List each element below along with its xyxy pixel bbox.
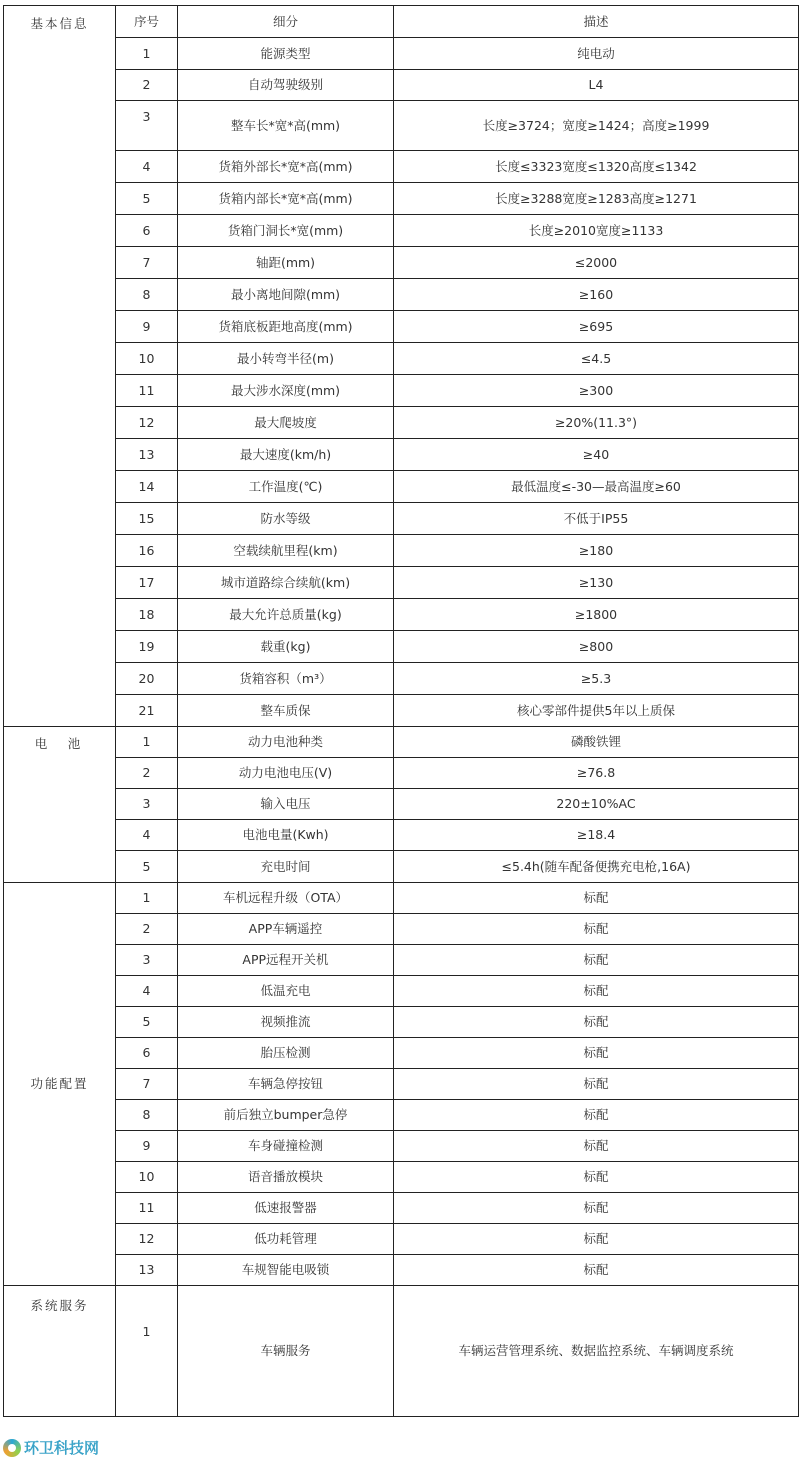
row-item: 整车质保 <box>178 695 394 727</box>
table-row: 3 输入电压 220±10%AC <box>4 789 799 820</box>
row-description: 长度≤3323宽度≤1320高度≤1342 <box>394 151 799 183</box>
row-description: ≥695 <box>394 311 799 343</box>
row-description: 车辆运营管理系统、数据监控系统、车辆调度系统 <box>394 1286 799 1417</box>
row-index: 13 <box>116 1255 178 1286</box>
table-row: 电 池 1 动力电池种类 磷酸铁锂 <box>4 727 799 758</box>
row-description: 标配 <box>394 1162 799 1193</box>
table-row: 20 货箱容积（m³） ≥5.3 <box>4 663 799 695</box>
row-description: ≥5.3 <box>394 663 799 695</box>
row-item: 低温充电 <box>178 976 394 1007</box>
row-item: 最小转弯半径(m) <box>178 343 394 375</box>
row-description: 长度≥3724；宽度≥1424；高度≥1999 <box>394 101 799 151</box>
row-index: 18 <box>116 599 178 631</box>
row-item: 车机远程升级（OTA） <box>178 883 394 914</box>
row-item: 最大爬坡度 <box>178 407 394 439</box>
row-item: 语音播放模块 <box>178 1162 394 1193</box>
row-index: 19 <box>116 631 178 663</box>
row-index: 14 <box>116 471 178 503</box>
row-description: 标配 <box>394 1100 799 1131</box>
row-item: 货箱底板距地高度(mm) <box>178 311 394 343</box>
table-row: 14 工作温度(℃) 最低温度≤-30—最高温度≥60 <box>4 471 799 503</box>
row-index: 17 <box>116 567 178 599</box>
row-index: 3 <box>116 789 178 820</box>
row-item: 载重(kg) <box>178 631 394 663</box>
row-description: ≥800 <box>394 631 799 663</box>
row-item: 自动驾驶级别 <box>178 70 394 101</box>
table-row: 12 低功耗管理 标配 <box>4 1224 799 1255</box>
row-index: 7 <box>116 1069 178 1100</box>
droplet-logo-icon <box>3 1439 21 1457</box>
table-row: 13 最大速度(km/h) ≥40 <box>4 439 799 471</box>
table-row: 10 语音播放模块 标配 <box>4 1162 799 1193</box>
row-item: 低功耗管理 <box>178 1224 394 1255</box>
row-description: 标配 <box>394 1131 799 1162</box>
header-index: 序号 <box>116 6 178 38</box>
row-description: 标配 <box>394 1255 799 1286</box>
row-description: 不低于IP55 <box>394 503 799 535</box>
watermark-text: 环卫科技网 <box>24 1437 99 1458</box>
table-row: 8 最小离地间隙(mm) ≥160 <box>4 279 799 311</box>
row-description: 最低温度≤-30—最高温度≥60 <box>394 471 799 503</box>
row-index: 1 <box>116 883 178 914</box>
table-row: 15 防水等级 不低于IP55 <box>4 503 799 535</box>
row-description: ≥300 <box>394 375 799 407</box>
row-item: 最大速度(km/h) <box>178 439 394 471</box>
row-index: 2 <box>116 70 178 101</box>
row-item: 动力电池电压(V) <box>178 758 394 789</box>
row-index: 6 <box>116 215 178 247</box>
table-row: 13 车规智能电吸锁 标配 <box>4 1255 799 1286</box>
table-row: 1 能源类型 纯电动 <box>4 38 799 70</box>
row-item: 车辆服务 <box>178 1286 394 1417</box>
row-description: ≥130 <box>394 567 799 599</box>
row-item: 工作温度(℃) <box>178 471 394 503</box>
row-item: 车身碰撞检测 <box>178 1131 394 1162</box>
table-row: 功能配置 1 车机远程升级（OTA） 标配 <box>4 883 799 914</box>
row-index: 4 <box>116 820 178 851</box>
group-system-service: 系统服务 <box>4 1286 116 1417</box>
table-row: 16 空载续航里程(km) ≥180 <box>4 535 799 567</box>
row-item: 动力电池种类 <box>178 727 394 758</box>
table-row: 11 低速报警器 标配 <box>4 1193 799 1224</box>
row-description: L4 <box>394 70 799 101</box>
row-description: 标配 <box>394 1193 799 1224</box>
row-item: 低速报警器 <box>178 1193 394 1224</box>
row-item: APP车辆遥控 <box>178 914 394 945</box>
row-description: 标配 <box>394 1224 799 1255</box>
row-index: 2 <box>116 758 178 789</box>
row-description: 纯电动 <box>394 38 799 70</box>
table-row: 5 视频推流 标配 <box>4 1007 799 1038</box>
row-index: 1 <box>116 727 178 758</box>
row-index: 1 <box>116 38 178 70</box>
row-description: ≤5.4h(随车配备便携充电枪,16A) <box>394 851 799 883</box>
row-index: 3 <box>116 101 178 151</box>
table-row: 7 车辆急停按钮 标配 <box>4 1069 799 1100</box>
row-item: 防水等级 <box>178 503 394 535</box>
row-description: 标配 <box>394 945 799 976</box>
row-index: 9 <box>116 311 178 343</box>
vehicle-spec-table: 基本信息 序号 细分 描述 1 能源类型 纯电动 2 自动驾驶级别 L4 3 整… <box>3 5 799 1417</box>
row-index: 15 <box>116 503 178 535</box>
table-row: 12 最大爬坡度 ≥20%(11.3°) <box>4 407 799 439</box>
row-item: 胎压检测 <box>178 1038 394 1069</box>
row-index: 1 <box>116 1286 178 1417</box>
row-item: 充电时间 <box>178 851 394 883</box>
table-header-row: 基本信息 序号 细分 描述 <box>4 6 799 38</box>
row-description: ≥160 <box>394 279 799 311</box>
row-item: 电池电量(Kwh) <box>178 820 394 851</box>
table-row: 2 动力电池电压(V) ≥76.8 <box>4 758 799 789</box>
row-description: 磷酸铁锂 <box>394 727 799 758</box>
row-item: 轴距(mm) <box>178 247 394 279</box>
row-index: 5 <box>116 851 178 883</box>
row-description: ≥20%(11.3°) <box>394 407 799 439</box>
table-row: 6 胎压检测 标配 <box>4 1038 799 1069</box>
row-description: 标配 <box>394 1007 799 1038</box>
row-item: APP远程开关机 <box>178 945 394 976</box>
table-row: 21 整车质保 核心零部件提供5年以上质保 <box>4 695 799 727</box>
row-item: 前后独立bumper急停 <box>178 1100 394 1131</box>
row-index: 7 <box>116 247 178 279</box>
table-row: 系统服务 1 车辆服务 车辆运营管理系统、数据监控系统、车辆调度系统 <box>4 1286 799 1417</box>
group-basic-info: 基本信息 <box>4 6 116 727</box>
table-row: 17 城市道路综合续航(km) ≥130 <box>4 567 799 599</box>
table-row: 5 货箱内部长*宽*高(mm) 长度≥3288宽度≥1283高度≥1271 <box>4 183 799 215</box>
row-description: 标配 <box>394 1069 799 1100</box>
row-description: ≤4.5 <box>394 343 799 375</box>
table-row: 4 低温充电 标配 <box>4 976 799 1007</box>
row-description: ≥18.4 <box>394 820 799 851</box>
row-index: 11 <box>116 375 178 407</box>
row-description: ≥180 <box>394 535 799 567</box>
row-index: 9 <box>116 1131 178 1162</box>
row-item: 最大涉水深度(mm) <box>178 375 394 407</box>
row-description: 220±10%AC <box>394 789 799 820</box>
table-row: 7 轴距(mm) ≤2000 <box>4 247 799 279</box>
row-index: 6 <box>116 1038 178 1069</box>
table-row: 5 充电时间 ≤5.4h(随车配备便携充电枪,16A) <box>4 851 799 883</box>
table-row: 8 前后独立bumper急停 标配 <box>4 1100 799 1131</box>
row-item: 整车长*宽*高(mm) <box>178 101 394 151</box>
table-row: 18 最大允许总质量(kg) ≥1800 <box>4 599 799 631</box>
row-index: 5 <box>116 1007 178 1038</box>
row-description: 标配 <box>394 1038 799 1069</box>
row-item: 车辆急停按钮 <box>178 1069 394 1100</box>
row-description: ≥40 <box>394 439 799 471</box>
table-row: 11 最大涉水深度(mm) ≥300 <box>4 375 799 407</box>
row-description: 长度≥2010宽度≥1133 <box>394 215 799 247</box>
table-row: 4 电池电量(Kwh) ≥18.4 <box>4 820 799 851</box>
header-item: 细分 <box>178 6 394 38</box>
header-description: 描述 <box>394 6 799 38</box>
watermark: 环卫科技网 <box>2 1436 102 1459</box>
table-row: 9 车身碰撞检测 标配 <box>4 1131 799 1162</box>
row-item: 最大允许总质量(kg) <box>178 599 394 631</box>
row-item: 货箱门洞长*宽(mm) <box>178 215 394 247</box>
table-row: 2 自动驾驶级别 L4 <box>4 70 799 101</box>
row-item: 货箱内部长*宽*高(mm) <box>178 183 394 215</box>
row-index: 4 <box>116 151 178 183</box>
row-index: 12 <box>116 1224 178 1255</box>
row-index: 8 <box>116 1100 178 1131</box>
row-description: 长度≥3288宽度≥1283高度≥1271 <box>394 183 799 215</box>
row-item: 货箱外部长*宽*高(mm) <box>178 151 394 183</box>
group-battery: 电 池 <box>4 727 116 883</box>
row-description: ≥76.8 <box>394 758 799 789</box>
row-index: 10 <box>116 1162 178 1193</box>
table-row: 3 整车长*宽*高(mm) 长度≥3724；宽度≥1424；高度≥1999 <box>4 101 799 151</box>
row-description: 标配 <box>394 914 799 945</box>
row-index: 12 <box>116 407 178 439</box>
group-functions: 功能配置 <box>4 883 116 1286</box>
row-index: 4 <box>116 976 178 1007</box>
table-row: 10 最小转弯半径(m) ≤4.5 <box>4 343 799 375</box>
row-index: 13 <box>116 439 178 471</box>
row-index: 16 <box>116 535 178 567</box>
table-row: 2 APP车辆遥控 标配 <box>4 914 799 945</box>
row-description: 核心零部件提供5年以上质保 <box>394 695 799 727</box>
row-item: 空载续航里程(km) <box>178 535 394 567</box>
row-item: 能源类型 <box>178 38 394 70</box>
row-index: 5 <box>116 183 178 215</box>
row-item: 输入电压 <box>178 789 394 820</box>
row-description: 标配 <box>394 883 799 914</box>
table-row: 9 货箱底板距地高度(mm) ≥695 <box>4 311 799 343</box>
table-row: 6 货箱门洞长*宽(mm) 长度≥2010宽度≥1133 <box>4 215 799 247</box>
row-item: 视频推流 <box>178 1007 394 1038</box>
row-index: 3 <box>116 945 178 976</box>
table-row: 3 APP远程开关机 标配 <box>4 945 799 976</box>
row-description: 标配 <box>394 976 799 1007</box>
row-description: ≤2000 <box>394 247 799 279</box>
row-description: ≥1800 <box>394 599 799 631</box>
row-index: 20 <box>116 663 178 695</box>
row-index: 11 <box>116 1193 178 1224</box>
table-row: 19 载重(kg) ≥800 <box>4 631 799 663</box>
row-index: 8 <box>116 279 178 311</box>
row-index: 2 <box>116 914 178 945</box>
row-index: 21 <box>116 695 178 727</box>
table-row: 4 货箱外部长*宽*高(mm) 长度≤3323宽度≤1320高度≤1342 <box>4 151 799 183</box>
row-item: 最小离地间隙(mm) <box>178 279 394 311</box>
row-item: 车规智能电吸锁 <box>178 1255 394 1286</box>
row-index: 10 <box>116 343 178 375</box>
row-item: 货箱容积（m³） <box>178 663 394 695</box>
row-item: 城市道路综合续航(km) <box>178 567 394 599</box>
